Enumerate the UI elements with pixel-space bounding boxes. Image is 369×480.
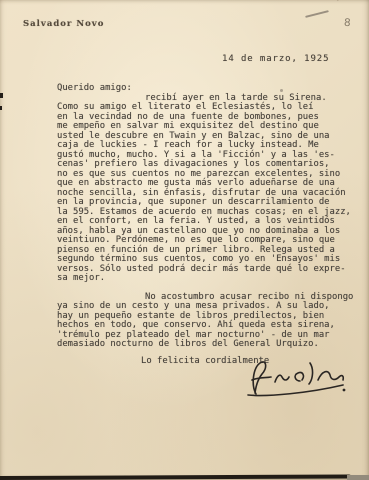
scan-edge-mark — [0, 93, 3, 98]
pencil-dash-mark — [305, 10, 329, 18]
paper-corner-crease — [337, 0, 366, 26]
letterhead-name: Salvador Novo — [23, 19, 104, 29]
scan-edge-mark — [0, 106, 2, 110]
letter-body: Querido amigo: recibí ayer en la tarde s… — [57, 84, 362, 366]
signature-scrawl — [243, 354, 347, 398]
scan-bottom-corner — [347, 475, 369, 480]
letter-page: Salvador Novo 8 14 de marzo, 1925 Querid… — [0, 0, 369, 480]
paragraph-1-lines: Como su amigo el literato el Eclesiastés… — [57, 103, 362, 284]
paragraph-2-lines: ya sino de un cesto y una mesa privados.… — [57, 302, 362, 350]
date-line: 14 de marzo, 1925 — [222, 54, 329, 64]
scan-bottom-edge — [0, 474, 352, 480]
